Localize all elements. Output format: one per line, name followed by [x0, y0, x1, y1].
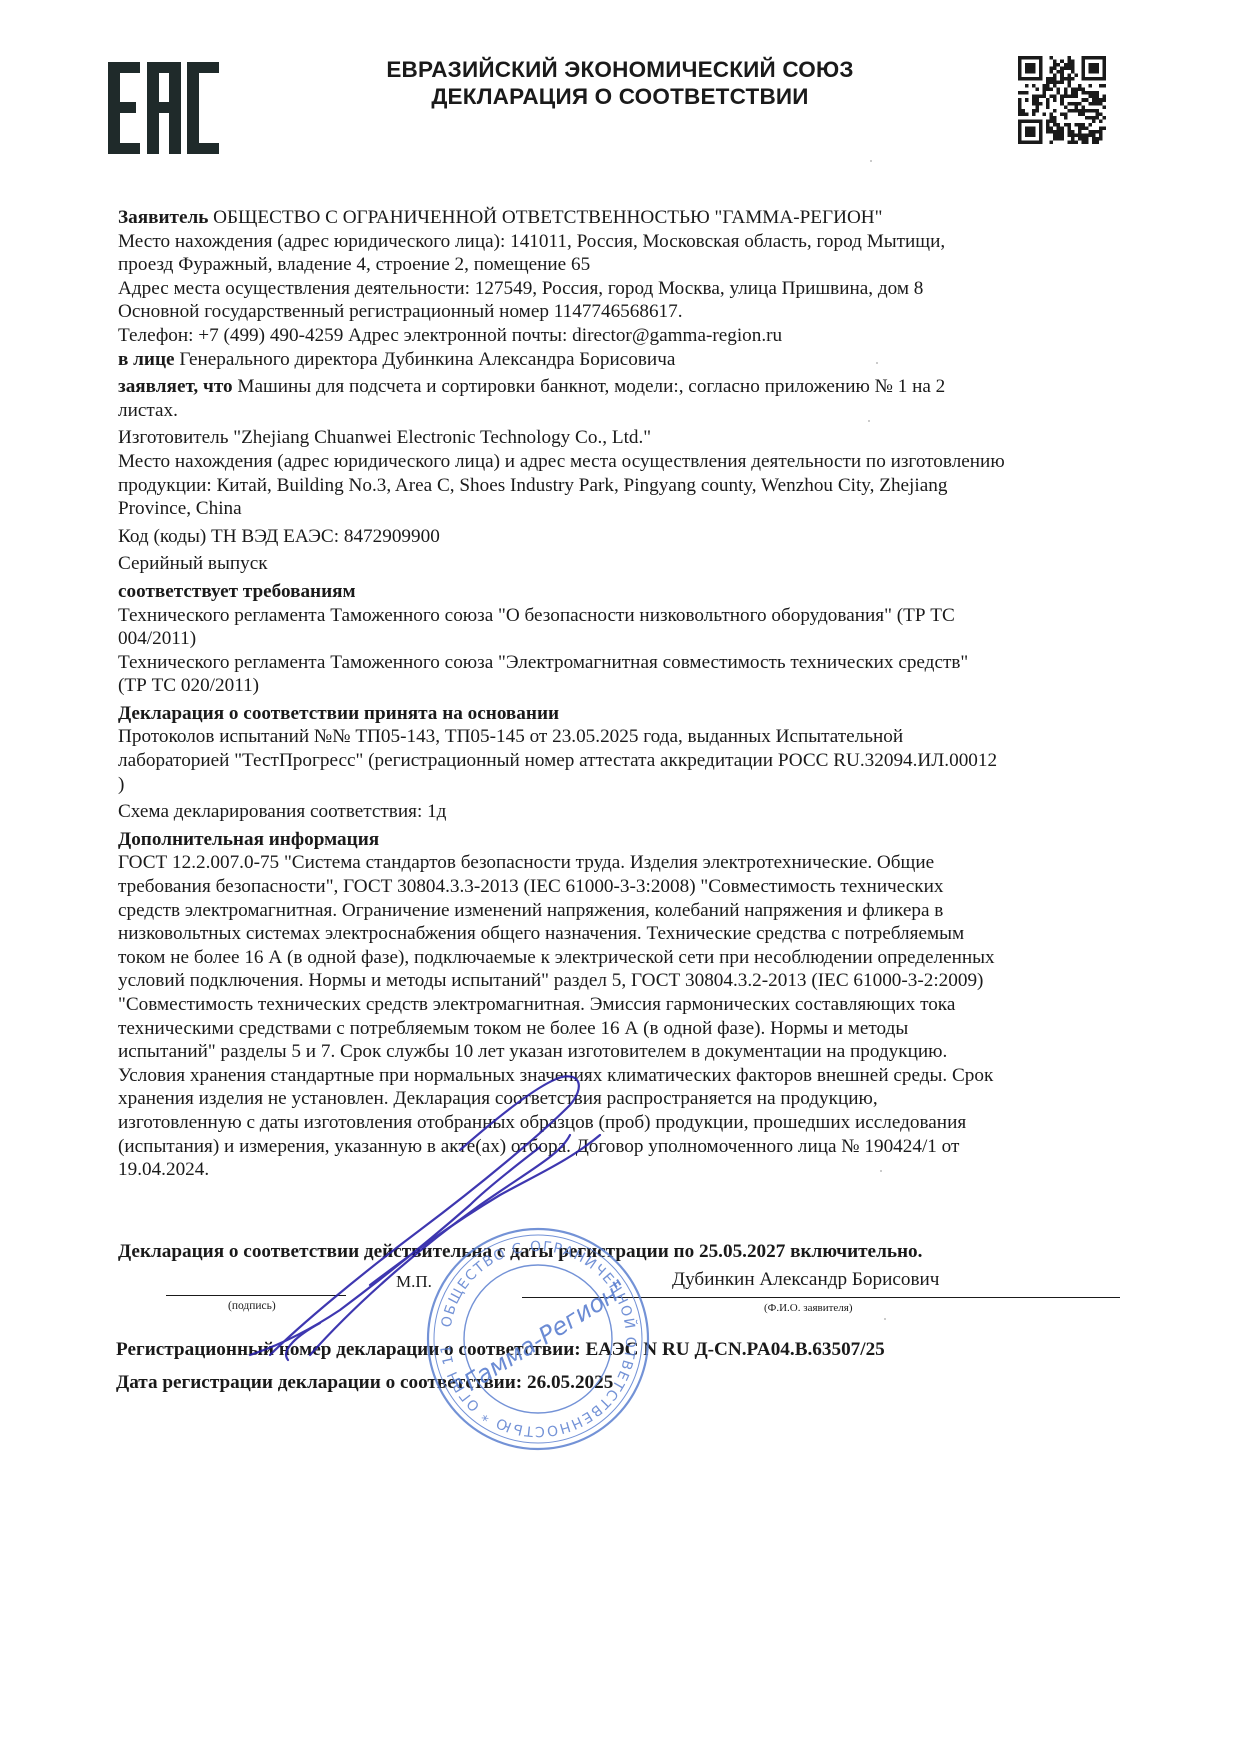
- additional-heading-text: Дополнительная информация: [118, 829, 379, 850]
- additional-info-line: (испытания) и измерения, указанную в акт…: [118, 1135, 1128, 1159]
- registration-number: Регистрационный номер декларации о соотв…: [116, 1339, 885, 1361]
- eac-letter-e: [108, 62, 141, 154]
- represented-by: Генерального директора Дубинкина Алексан…: [179, 349, 675, 370]
- applicant-full-name: Дубинкин Александр Борисович: [672, 1269, 939, 1291]
- regulation-2-line-1: Технического регламента Таможенного союз…: [118, 651, 1128, 675]
- applicant-ogrn: Основной государственный регистрационный…: [118, 300, 1128, 324]
- declares-label: заявляет, что: [118, 376, 233, 397]
- applicant-legal-address-2: проезд Фуражный, владение 4, строение 2,…: [118, 253, 1128, 277]
- declaration-scheme: Схема декларирования соответствия: 1д: [118, 800, 1128, 824]
- basis-line-1: Протоколов испытаний №№ ТП05-143, ТП05-1…: [118, 725, 1128, 749]
- regulation-2-line-2: (ТР ТС 020/2011): [118, 674, 1128, 698]
- additional-info-line: Условия хранения стандартные при нормаль…: [118, 1064, 1128, 1088]
- additional-info: ГОСТ 12.2.007.0-75 "Система стандартов б…: [118, 851, 1128, 1181]
- production-type: Серийный выпуск: [118, 552, 1128, 576]
- declaration-body: Заявитель ОБЩЕСТВО С ОГРАНИЧЕННОЙ ОТВЕТС…: [118, 206, 1128, 1182]
- additional-info-line: ГОСТ 12.2.007.0-75 "Система стандартов б…: [118, 851, 1128, 875]
- additional-info-line: хранения изделия не установлен. Декларац…: [118, 1087, 1128, 1111]
- hs-code: Код (коды) ТН ВЭД ЕАЭС: 8472909900: [118, 525, 1128, 549]
- product-description: Машины для подсчета и сортировки банкнот…: [237, 376, 945, 397]
- represented-label: в лице: [118, 349, 175, 370]
- seal-place-label: М.П.: [396, 1272, 432, 1292]
- additional-info-line: изготовленную с даты изготовления отобра…: [118, 1111, 1128, 1135]
- eac-mark-icon: [108, 62, 220, 154]
- basis-line-3: ): [118, 773, 1128, 797]
- represented-by-line: в лице Генерального директора Дубинкина …: [118, 348, 1128, 372]
- eac-letter-c: [187, 62, 220, 154]
- signature-caption: (подпись): [228, 1300, 276, 1312]
- manufacturer-address-2: продукции: Китай, Building No.3, Area C,…: [118, 474, 1128, 498]
- requirements-heading: соответствует требованиям: [118, 580, 1128, 604]
- validity-statement: Декларация о соответствии действительна …: [118, 1241, 1128, 1263]
- additional-info-line: испытаний" разделы 5 и 7. Срок службы 10…: [118, 1040, 1128, 1064]
- applicant-contacts: Телефон: +7 (499) 490-4259 Адрес электро…: [118, 324, 1128, 348]
- additional-info-line: техническими средствами с потребляемым т…: [118, 1017, 1128, 1041]
- additional-info-line: средств электромагнитная. Ограничение из…: [118, 899, 1128, 923]
- additional-info-line: 19.04.2024.: [118, 1158, 1128, 1182]
- basis-heading: Декларация о соответствии принята на осн…: [118, 702, 1128, 726]
- applicant-line: Заявитель ОБЩЕСТВО С ОГРАНИЧЕННОЙ ОТВЕТС…: [118, 206, 1128, 230]
- manufacturer-address-1: Место нахождения (адрес юридического лиц…: [118, 450, 1128, 474]
- applicant-name-line: [522, 1297, 1120, 1298]
- manufacturer: Изготовитель "Zhejiang Chuanwei Electron…: [118, 426, 1128, 450]
- applicant-name-caption: (Ф.И.О. заявителя): [764, 1302, 853, 1314]
- additional-info-line: "Совместимость технических средств элект…: [118, 993, 1128, 1017]
- declares-line: заявляет, что Машины для подсчета и сорт…: [118, 375, 1128, 399]
- applicant-name: ОБЩЕСТВО С ОГРАНИЧЕННОЙ ОТВЕТСТВЕННОСТЬЮ…: [213, 207, 882, 228]
- regulation-1-line-1: Технического регламента Таможенного союз…: [118, 604, 1128, 628]
- basis-line-2: лабораторией "ТестПрогресс" (регистрацио…: [118, 749, 1128, 773]
- eac-letter-a: [147, 62, 180, 154]
- title-union: ЕВРАЗИЙСКИЙ ЭКОНОМИЧЕСКИЙ СОЮЗ: [300, 56, 940, 83]
- additional-info-line: низковольтных системах электроснабжения …: [118, 922, 1128, 946]
- qr-code-icon[interactable]: [1018, 56, 1106, 144]
- registration-date: Дата регистрации декларации о соответств…: [116, 1372, 613, 1394]
- basis-heading-text: Декларация о соответствии принята на осн…: [118, 703, 559, 724]
- additional-info-line: требования безопасности", ГОСТ 30804.3.3…: [118, 875, 1128, 899]
- applicant-activity-address: Адрес места осуществления деятельности: …: [118, 277, 1128, 301]
- regulation-1-line-2: 004/2011): [118, 627, 1128, 651]
- signature-line: [166, 1295, 346, 1296]
- requirements-heading-text: соответствует требованиям: [118, 581, 356, 602]
- product-description-2: листах.: [118, 399, 1128, 423]
- additional-info-line: условий подключения. Нормы и методы испы…: [118, 969, 1128, 993]
- additional-heading: Дополнительная информация: [118, 828, 1128, 852]
- title-declaration: ДЕКЛАРАЦИЯ О СООТВЕТСТВИИ: [300, 83, 940, 110]
- manufacturer-address-3: Province, China: [118, 497, 1128, 521]
- declaration-page: ЕВРАЗИЙСКИЙ ЭКОНОМИЧЕСКИЙ СОЮЗ ДЕКЛАРАЦИ…: [0, 0, 1240, 1754]
- applicant-legal-address-1: Место нахождения (адрес юридического лиц…: [118, 230, 1128, 254]
- document-title: ЕВРАЗИЙСКИЙ ЭКОНОМИЧЕСКИЙ СОЮЗ ДЕКЛАРАЦИ…: [300, 56, 940, 110]
- additional-info-line: током не более 16 А (в одной фазе), подк…: [118, 946, 1128, 970]
- applicant-label: Заявитель: [118, 207, 208, 228]
